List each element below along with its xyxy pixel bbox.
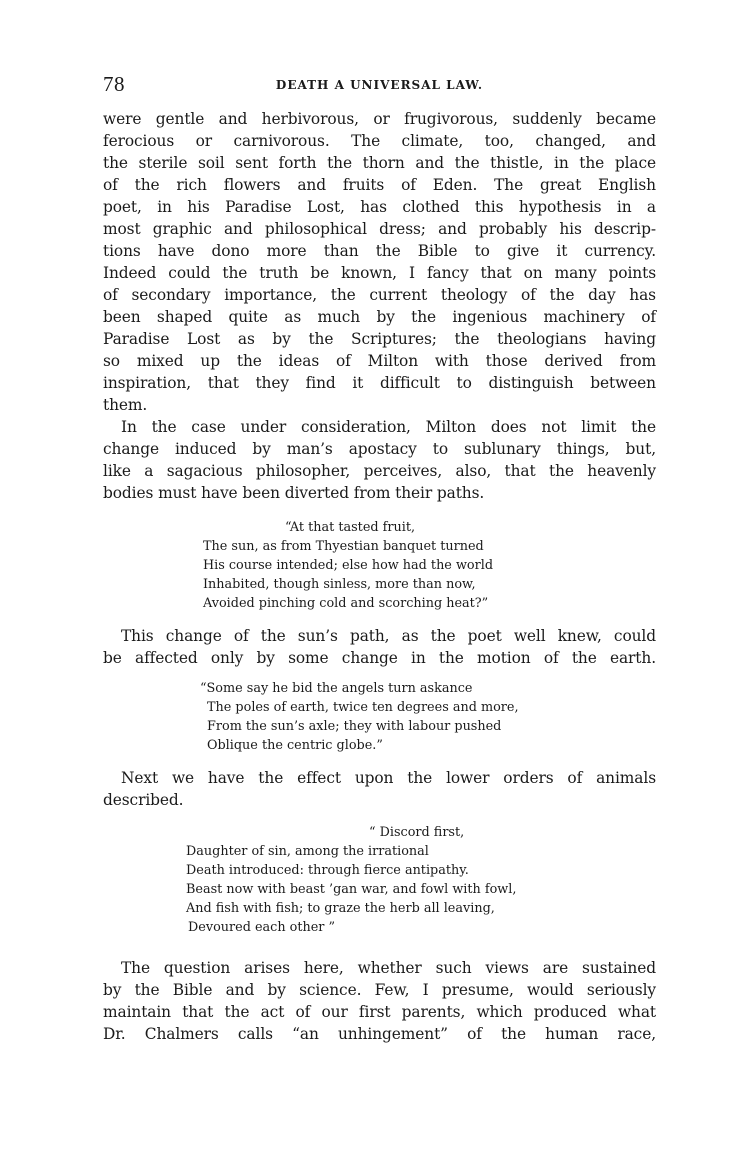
text-line: like a sagacious philosopher, perceives,… [103, 460, 656, 482]
text-line: be affected only by some change in the m… [103, 647, 656, 669]
paragraph-continuation: were gentle and herbivorous, or frugivor… [103, 108, 656, 416]
verse-quotation-tasted-fruit: “At that tasted fruit, The sun, as from … [203, 518, 656, 613]
text-line: been shaped quite as much by the ingenio… [103, 306, 656, 328]
text-line: Indeed could the truth be known, I fancy… [103, 262, 656, 284]
verse-line: Daughter of sin, among the irrational [186, 842, 656, 861]
text-line: the sterile soil sent forth the thorn an… [103, 152, 656, 174]
text-line: of secondary importance, the current the… [103, 284, 656, 306]
verse-line: Beast now with beast ’gan war, and fowl … [186, 880, 656, 899]
verse-line: “At that tasted fruit, [203, 518, 656, 537]
text-line: Dr. Chalmers calls “an unhingement” of t… [103, 1023, 656, 1045]
text-line: most graphic and philosophical dress; an… [103, 218, 656, 240]
verse-quotation-angels: “Some say he bid the angels turn askance… [200, 679, 656, 755]
text-line: tions have dono more than the Bible to g… [103, 240, 656, 262]
verse-line: Oblique the centric globe.” [200, 736, 656, 755]
verse-line: From the sun’s axle; they with labour pu… [200, 717, 656, 736]
verse-line: And fish with fish; to graze the herb al… [186, 899, 656, 918]
verse-line: His course intended; else how had the wo… [203, 556, 656, 575]
text-line: maintain that the act of our first paren… [103, 1001, 656, 1023]
text-line: Next we have the effect upon the lower o… [103, 767, 656, 789]
text-line: by the Bible and by science. Few, I pres… [103, 979, 656, 1001]
verse-quotation-discord: “ Discord first, Daughter of sin, among … [186, 823, 656, 937]
paragraph-lower-animals: Next we have the effect upon the lower o… [103, 767, 656, 811]
paragraph-milton-heavenly-bodies: In the case under consideration, Milton … [103, 416, 656, 504]
verse-line: Avoided pinching cold and scorching heat… [203, 594, 656, 613]
running-head: 78 DEATH A UNIVERSAL LAW. [103, 72, 656, 98]
text-line: inspiration, that they find it difficult… [103, 372, 656, 394]
verse-line: “ Discord first, [186, 823, 656, 842]
verse-line: “Some say he bid the angels turn askance [200, 679, 656, 698]
text-line: Paradise Lost as by the Scriptures; the … [103, 328, 656, 350]
verse-line: The poles of earth, twice ten degrees an… [200, 698, 656, 717]
running-title: DEATH A UNIVERSAL LAW. [103, 78, 656, 92]
text-line: ferocious or carnivorous. The climate, t… [103, 130, 656, 152]
text-line: of the rich flowers and fruits of Eden. … [103, 174, 656, 196]
book-page: 78 DEATH A UNIVERSAL LAW. were gentle an… [103, 72, 656, 1045]
text-line: change induced by man’s apostacy to subl… [103, 438, 656, 460]
verse-line: The sun, as from Thyestian banquet turne… [203, 537, 656, 556]
text-line: In the case under consideration, Milton … [103, 416, 656, 438]
text-line: were gentle and herbivorous, or frugivor… [103, 108, 656, 130]
paragraph-sun-path: This change of the sun’s path, as the po… [103, 625, 656, 669]
text-line: poet, in his Paradise Lost, has clothed … [103, 196, 656, 218]
verse-line: Death introduced: through fierce antipat… [186, 861, 656, 880]
text-line: The question arises here, whether such v… [103, 957, 656, 979]
text-line: bodies must have been diverted from thei… [103, 482, 656, 504]
verse-line: Inhabited, though sinless, more than now… [203, 575, 656, 594]
text-line: so mixed up the ideas of Milton with tho… [103, 350, 656, 372]
verse-line: Devoured each other ” [186, 918, 656, 937]
text-line: them. [103, 394, 656, 416]
text-line: described. [103, 789, 656, 811]
paragraph-question-arises: The question arises here, whether such v… [103, 957, 656, 1045]
text-line: This change of the sun’s path, as the po… [103, 625, 656, 647]
